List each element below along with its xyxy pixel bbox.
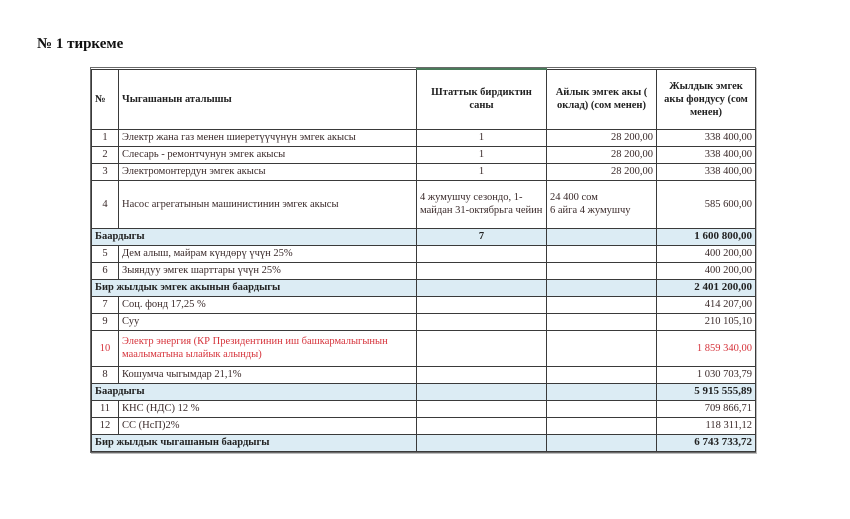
monthly-salary-cell xyxy=(547,296,657,313)
annual-fund-cell: 2 401 200,00 xyxy=(657,279,756,296)
annual-fund-cell: 585 600,00 xyxy=(657,180,756,228)
expense-name-cell: Суу xyxy=(119,313,417,330)
expense-name-cell: Дем алыш, майрам күндөрү үчүн 25% xyxy=(119,245,417,262)
row-number-cell: 3 xyxy=(92,163,119,180)
monthly-salary-cell: 24 400 сом6 айга 4 жумушчу xyxy=(547,180,657,228)
annual-fund-cell: 400 200,00 xyxy=(657,245,756,262)
monthly-salary-cell xyxy=(547,330,657,366)
staff-count-cell xyxy=(417,383,547,400)
staff-count-cell: 1 xyxy=(417,163,547,180)
monthly-salary-cell xyxy=(547,366,657,383)
table-row: 10Электр энергия (КР Президентинин иш ба… xyxy=(92,330,756,366)
staff-count-cell xyxy=(417,296,547,313)
header-annual: Жылдык эмгек акы фондусу (сом менен) xyxy=(657,69,756,129)
total-label: Баардыгы xyxy=(92,228,417,245)
staff-count-cell: 4 жумушчу сезондо, 1-майдан 31-октябрьга… xyxy=(417,180,547,228)
expense-name-cell: Соц. фонд 17,25 % xyxy=(119,296,417,313)
cost-table: № Чыгашанын аталышы Штаттык бирдиктин са… xyxy=(90,67,756,453)
monthly-salary-cell xyxy=(547,417,657,434)
monthly-salary-cell xyxy=(547,434,657,451)
expense-name-cell: СС (НсП)2% xyxy=(119,417,417,434)
staff-count-cell xyxy=(417,330,547,366)
row-number-cell: 1 xyxy=(92,129,119,146)
staff-count-cell xyxy=(417,417,547,434)
monthly-salary-cell: 28 200,00 xyxy=(547,163,657,180)
table-body: 1Электр жана газ менен шиеретүүчүнүн эмг… xyxy=(92,129,756,451)
expense-name-cell: Электромонтердун эмгек акысы xyxy=(119,163,417,180)
total-label: Бир жылдык эмгек акынын баардыгы xyxy=(92,279,417,296)
annual-fund-cell: 5 915 555,89 xyxy=(657,383,756,400)
row-number-cell: 8 xyxy=(92,366,119,383)
annual-fund-cell: 1 859 340,00 xyxy=(657,330,756,366)
table-row: 5Дем алыш, майрам күндөрү үчүн 25%400 20… xyxy=(92,245,756,262)
row-number-cell: 11 xyxy=(92,400,119,417)
header-no: № xyxy=(92,69,119,129)
staff-count-cell xyxy=(417,313,547,330)
table-row: 9Суу210 105,10 xyxy=(92,313,756,330)
row-number-cell: 7 xyxy=(92,296,119,313)
total-row: Баардыгы71 600 800,00 xyxy=(92,228,756,245)
table-row: 12СС (НсП)2%118 311,12 xyxy=(92,417,756,434)
header-monthly: Айлык эмгек акы ( оклад) (сом менен) xyxy=(547,69,657,129)
annual-fund-cell: 709 866,71 xyxy=(657,400,756,417)
monthly-salary-cell: 28 200,00 xyxy=(547,146,657,163)
expense-name-cell: Электр жана газ менен шиеретүүчүнүн эмге… xyxy=(119,129,417,146)
annual-fund-cell: 414 207,00 xyxy=(657,296,756,313)
total-row: Баардыгы5 915 555,89 xyxy=(92,383,756,400)
annual-fund-cell: 338 400,00 xyxy=(657,146,756,163)
total-label: Баардыгы xyxy=(92,383,417,400)
expense-name-cell: Слесарь - ремонтчунун эмгек акысы xyxy=(119,146,417,163)
staff-count-cell xyxy=(417,434,547,451)
annual-fund-cell: 338 400,00 xyxy=(657,129,756,146)
table-header-row: № Чыгашанын аталышы Штаттык бирдиктин са… xyxy=(92,69,756,129)
annual-fund-cell: 210 105,10 xyxy=(657,313,756,330)
total-label: Бир жылдык чыгашанын баардыгы xyxy=(92,434,417,451)
staff-count-cell: 1 xyxy=(417,129,547,146)
total-row: Бир жылдык чыгашанын баардыгы6 743 733,7… xyxy=(92,434,756,451)
row-number-cell: 4 xyxy=(92,180,119,228)
staff-count-cell xyxy=(417,279,547,296)
monthly-salary-cell xyxy=(547,400,657,417)
staff-count-cell xyxy=(417,400,547,417)
row-number-cell: 12 xyxy=(92,417,119,434)
row-number-cell: 10 xyxy=(92,330,119,366)
cost-table-grid: № Чыгашанын аталышы Штаттык бирдиктин са… xyxy=(91,68,756,452)
expense-name-cell: Кошумча чыгымдар 21,1% xyxy=(119,366,417,383)
table-row: 1Электр жана газ менен шиеретүүчүнүн эмг… xyxy=(92,129,756,146)
monthly-salary-cell xyxy=(547,313,657,330)
annual-fund-cell: 118 311,12 xyxy=(657,417,756,434)
header-name: Чыгашанын аталышы xyxy=(119,69,417,129)
table-row: 3Электромонтердун эмгек акысы128 200,003… xyxy=(92,163,756,180)
expense-name-cell: Зыяндуу эмгек шарттары үчүн 25% xyxy=(119,262,417,279)
table-row: 7Соц. фонд 17,25 %414 207,00 xyxy=(92,296,756,313)
row-number-cell: 2 xyxy=(92,146,119,163)
staff-count-cell xyxy=(417,366,547,383)
table-row: 8Кошумча чыгымдар 21,1%1 030 703,79 xyxy=(92,366,756,383)
staff-count-cell: 7 xyxy=(417,228,547,245)
monthly-salary-cell xyxy=(547,262,657,279)
staff-count-cell xyxy=(417,245,547,262)
monthly-salary-cell: 28 200,00 xyxy=(547,129,657,146)
annual-fund-cell: 338 400,00 xyxy=(657,163,756,180)
table-row: 4Насос агрегатынын машинистинин эмгек ак… xyxy=(92,180,756,228)
annual-fund-cell: 1 030 703,79 xyxy=(657,366,756,383)
staff-count-cell: 1 xyxy=(417,146,547,163)
document-title: № 1 тиркеме xyxy=(37,36,123,53)
header-staff: Штаттык бирдиктин саны xyxy=(417,69,547,129)
row-number-cell: 6 xyxy=(92,262,119,279)
monthly-salary-cell xyxy=(547,383,657,400)
row-number-cell: 5 xyxy=(92,245,119,262)
monthly-salary-cell xyxy=(547,279,657,296)
annual-fund-cell: 1 600 800,00 xyxy=(657,228,756,245)
expense-name-cell: Электр энергия (КР Президентинин иш башк… xyxy=(119,330,417,366)
total-row: Бир жылдык эмгек акынын баардыгы2 401 20… xyxy=(92,279,756,296)
table-row: 11КНС (НДС) 12 %709 866,71 xyxy=(92,400,756,417)
monthly-salary-cell xyxy=(547,228,657,245)
expense-name-cell: КНС (НДС) 12 % xyxy=(119,400,417,417)
annual-fund-cell: 6 743 733,72 xyxy=(657,434,756,451)
table-row: 6Зыяндуу эмгек шарттары үчүн 25%400 200,… xyxy=(92,262,756,279)
monthly-salary-cell xyxy=(547,245,657,262)
staff-count-cell xyxy=(417,262,547,279)
table-row: 2Слесарь - ремонтчунун эмгек акысы128 20… xyxy=(92,146,756,163)
annual-fund-cell: 400 200,00 xyxy=(657,262,756,279)
expense-name-cell: Насос агрегатынын машинистинин эмгек акы… xyxy=(119,180,417,228)
row-number-cell: 9 xyxy=(92,313,119,330)
